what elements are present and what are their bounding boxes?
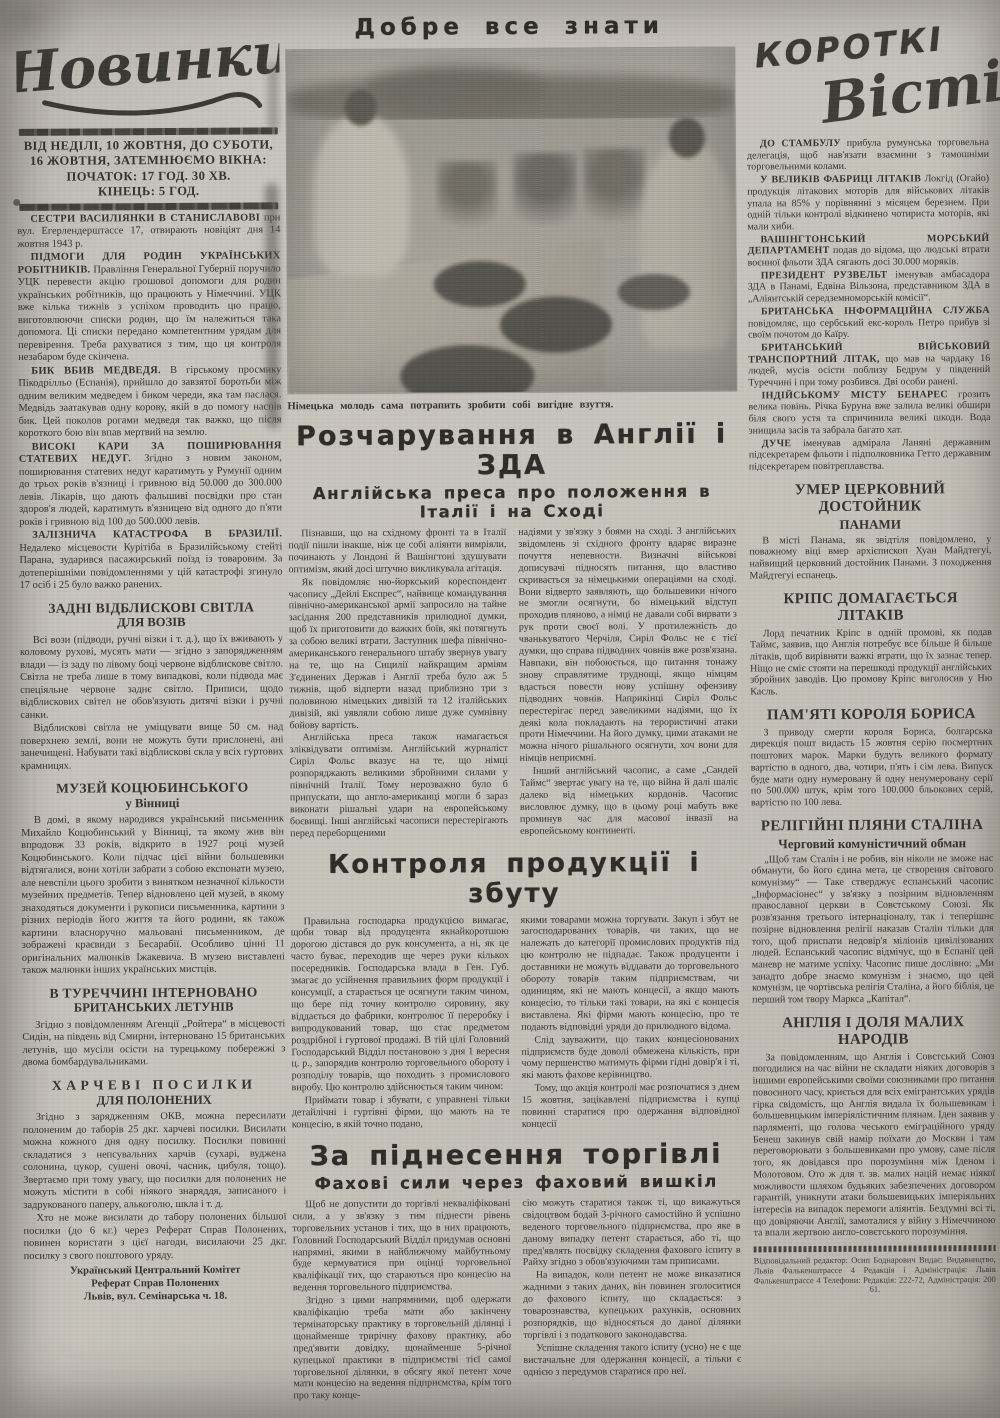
section-subtitle: ДЛЯ ПОЛОНЕНИХ (23, 1092, 286, 1108)
brief-item: ПРЕЗИДЕНТ РУЗВЕЛЬТ іменував амбасадора З… (748, 269, 990, 306)
section-title: ПАМ'ЯТІ КОРОЛЯ БОРИСА (750, 706, 992, 724)
notice-line: КІНЕЦЬ: 5 ГОД. (17, 184, 280, 201)
brief-item: СЕСТРИ ВАСИЛІЯНКИ В СТАНИСЛАВОВІ при вул… (17, 212, 280, 251)
body-paragraph: Англійська преса також намагається злікв… (289, 731, 508, 839)
center-column: Добре все знати Н (285, 11, 742, 1413)
article-control: Контроля продукції і збуту Правильна гос… (290, 847, 740, 1133)
right-column: КОРОТКІ Вісті ДО СТАМБУЛУ прибула румунс… (746, 21, 996, 1296)
brief-item: ДО СТАМБУЛУ прибула румунська торговельн… (747, 137, 989, 174)
body-paragraph: Як повідомляє ню-йоркський кореспондент … (289, 576, 508, 732)
page-kicker: Добре все знати (285, 13, 733, 42)
brief-item: ВИСОКІ КАРИ ЗА ПОШИРЮВАННЯ СТАТЕВИХ НЕДУ… (19, 440, 283, 529)
imprint-divider (754, 1245, 996, 1252)
divider-bar-bottom (19, 202, 278, 211)
body-paragraph: Всі вози (підводи, ручні візки і т. д.),… (20, 633, 284, 722)
body-paragraph: Лорд печатник Кріпс в одній промові, як … (750, 626, 992, 698)
page-content: Новинки ВІД НЕДІЛІ, 10 ЖОВТНЯ, ДО СУБОТИ… (0, 0, 1000, 1418)
body-paragraph: Правильна господарка продукцією вимагає,… (291, 915, 510, 1095)
section-subtitle: Черговий комуністичний обман (751, 835, 993, 851)
section-title: УМЕР ЦЕРКОВНИЙ ДОСТОЙНИК (749, 481, 991, 516)
section-title: КРІПС ДОМАГАЄТЬСЯ ЛІТАКІВ (750, 589, 992, 624)
body-paragraph: За повідомленням, що Англія і Совєтський… (752, 1051, 995, 1240)
brief-lead: ПРЕЗИДЕНТ РУЗВЕЛЬТ (761, 269, 888, 281)
article-subtitle: Фахові сили через фаховий вишкіл (292, 1171, 740, 1193)
body-paragraph: якими товарами можна торгувати. Закуп і … (521, 913, 740, 1033)
article-columns: Пізнавши, що на східному фронті та в Іта… (288, 526, 738, 841)
brief-lead: БИК ВБИВ МЕДВЕДЯ. (31, 365, 161, 377)
brief-lead: СЕСТРИ ВАСИЛІЯНКИ В СТАНИСЛАВОВІ (30, 212, 260, 224)
article-col-right: надіями у зв'язку з боями на сході. З ан… (518, 526, 738, 840)
photo-vignette (286, 48, 736, 394)
article-subtitle: Англійська преса про положення в Італії … (288, 482, 736, 523)
body-paragraph: Згідно з зарядженням ОКВ, можна пересила… (23, 1110, 287, 1212)
brief-item: У ВЕЛИКІВ ФАБРИЦІ ЛІТАКІВ Локгід (Огайо)… (747, 173, 989, 233)
notice-line: 16 ЖОВТНЯ, ЗАТЕМНЮЄМО ВІКНА: (17, 153, 280, 170)
body-paragraph: „Щоб там Сталін і не робив, він ніколи н… (751, 853, 994, 1007)
scan-artifact (268, 61, 277, 131)
body-paragraph: Тому, що акція контролі має розпочатися … (522, 1082, 740, 1131)
article-title: Контроля продукції і збуту (290, 847, 738, 910)
body-paragraph: В домі, в якому народився український пи… (21, 814, 285, 978)
scan-artifact-dot (13, 199, 20, 206)
section-subtitle: ДЛЯ ВОЗІВ (20, 615, 283, 631)
article-columns: Щоб не допустити до торгівлі некваліфіко… (292, 1196, 741, 1403)
photo-caption: Німецька молодь сама потрапить зробити с… (287, 399, 735, 413)
signoff-block: Український Центральний Комітет Реферат … (24, 1263, 287, 1304)
section-title: В ТУРЕЧЧИНІ ІНТЕРНОВАНО (22, 984, 285, 1001)
left-column: Новинки ВІД НЕДІЛІ, 10 ЖОВТНЯ, ДО СУБОТИ… (16, 17, 287, 1304)
body-paragraph: Щоб не допустити до торгівлі некваліфіко… (292, 1198, 511, 1295)
article-col-left: Правильна господарка продукцією вимагає,… (291, 915, 510, 1134)
body-paragraph: надіями у зв'язку з боями на сході. З ан… (518, 526, 737, 765)
section-title: МУЗЕЙ КОЦЮБИНСЬКОГО (21, 780, 284, 797)
brief-lead: БРИТАНСЬКА ІНФОРМАЦІЙНА СЛУЖБА (761, 305, 990, 317)
section-subtitle: у Вінниці (21, 795, 284, 811)
body-paragraph: сію можуть старатися також ті, що викажу… (522, 1196, 740, 1269)
article-col-left: Щоб не допустити до торгівлі некваліфіко… (292, 1198, 511, 1404)
brief-item: ДУЧЕ іменував адмірала Ланяні державним … (749, 437, 991, 474)
notice-line: ВІД НЕДІЛІ, 10 ЖОВТНЯ, ДО СУБОТИ, (17, 137, 280, 154)
brief-lead: ДУЧЕ (762, 438, 792, 449)
brief-item: ЗАЛІЗНИЧА КАТАСТРОФА В БРАЗИЛІЇ. Недалек… (19, 528, 282, 592)
body-paragraph: Успішне складення такого іспиту (усно) н… (523, 1341, 741, 1378)
section-subtitle: ПАНАМИ (749, 516, 991, 532)
body-paragraph: Інший англійський часопис, а саме „Санде… (520, 765, 738, 838)
body-paragraph: Згідно з цими напрямними, щоб одержати к… (293, 1294, 512, 1402)
brief-text: Правління Генеральної Губернії поручило … (18, 263, 281, 363)
brief-item: БРИТАНСЬКА ІНФОРМАЦІЙНА СЛУЖБА повідомля… (748, 305, 990, 342)
section-title: ЗАДНІ ВІДБЛИСКОВІ СВІТЛА (20, 599, 283, 616)
scan-artifact (265, 183, 279, 428)
brief-item: БИК ВБИВ МЕДВЕДЯ. В гірському просмику П… (18, 364, 281, 441)
newspaper-page: Новинки ВІД НЕДІЛІ, 10 ЖОВТНЯ, ДО СУБОТИ… (0, 0, 1000, 1418)
section-title: РЕЛІГІЙНІ ПЛЯНИ СТАЛІНА (751, 817, 993, 835)
body-paragraph: Хто не може висилати до табору полонених… (23, 1211, 286, 1263)
imprint-text: Відповідальний редактор: Осип Боднарович… (754, 1255, 996, 1296)
body-paragraph: Слід зауважити, що таких концесіонованих… (521, 1033, 739, 1082)
article-title: За піднесення торгівлі (292, 1139, 740, 1172)
brief-lead: ДО СТАМБУЛУ (760, 138, 841, 149)
section-subtitle: БРИТАНСЬКИХ ЛЕТУНІВ (22, 1000, 285, 1016)
article-col-right: якими товарами можна торгувати. Закуп і … (521, 913, 740, 1132)
article-disappointment: Розчарування в Англії і ЗДА Англійська п… (288, 420, 739, 841)
scan-corner-shadow (0, 0, 86, 63)
body-paragraph: З приводу смерти короля Бориса, болгарсь… (750, 726, 992, 809)
section-title: АНГЛІЯ І ДОЛЯ МАЛИХ НАРОДІВ (752, 1014, 994, 1049)
brief-text: Недалеко місцевости Курітіба в Бразилійс… (19, 541, 282, 591)
brief-text: повідомляє, що сербський екс-король Петр… (748, 317, 990, 341)
brief-lead: ІНДІЙСЬКОМУ МІСТУ БЕНАРЕС (761, 389, 947, 401)
body-paragraph: Пізнавши, що на східному фронті та в Іта… (288, 527, 506, 576)
article-col-left: Пізнавши, що на східному фронті та в Іта… (288, 527, 508, 841)
photo (285, 47, 737, 395)
blackout-notice: ВІД НЕДІЛІ, 10 ЖОВТНЯ, ДО СУБОТИ, 16 ЖОВ… (17, 137, 280, 200)
body-paragraph: В місті Панама, як звідтіля повідомлено,… (749, 534, 991, 582)
masthead-korotki-visti: КОРОТКІ Вісті (746, 21, 989, 138)
brief-item: ПІДМОГИ ДЛЯ РОДИН УКРАЇНСЬКИХ РОБІТНИКІВ… (18, 250, 282, 364)
section-title: ХАРЧЕВІ ПОСИЛКИ (23, 1076, 286, 1093)
body-paragraph: Відблискові світла не уміщувати вище 50 … (20, 722, 283, 774)
body-paragraph: Згідно з повідомленням Агенції „Ройтера“… (22, 1018, 285, 1070)
brief-lead: У ВЕЛИКІВ ФАБРИЦІ ЛІТАКІВ (760, 174, 921, 186)
body-paragraph: На випадок, коли петент не може виказати… (523, 1269, 741, 1342)
divider-bar-top (19, 127, 278, 136)
article-col-right: сію можуть старатися також ті, що викажу… (522, 1196, 741, 1402)
signoff-line: Львів, вул. Семінарська ч. 18. (24, 1289, 287, 1304)
notice-line: ПОЧАТОК: 17 ГОД. 30 ХВ. (17, 168, 280, 185)
article-trade: За піднесення торгівлі Фахові сили через… (292, 1139, 742, 1403)
brief-item: БРИТАНСЬКИЙ ВІЙСЬКОВИЙ ТРАНСПОРТНИЙ ЛІТА… (748, 341, 990, 389)
brief-item: ІНДІЙСЬКОМУ МІСТУ БЕНАРЕС грозить велика… (748, 389, 990, 437)
brief-item: ВАШІНГТОНСЬКИЙ МОРСЬКИЙ ДЕПАРТАМЕНТ пода… (747, 233, 989, 270)
article-columns: Правильна господарка продукцією вимагає,… (291, 913, 740, 1133)
brief-lead: ЗАЛІЗНИЧА КАТАСТРОФА В БРАЗИЛІЇ. (32, 528, 282, 541)
article-title: Розчарування в Англії і ЗДА (288, 420, 736, 483)
body-paragraph: Приймати товар і збувати, є управнені ті… (292, 1094, 510, 1131)
